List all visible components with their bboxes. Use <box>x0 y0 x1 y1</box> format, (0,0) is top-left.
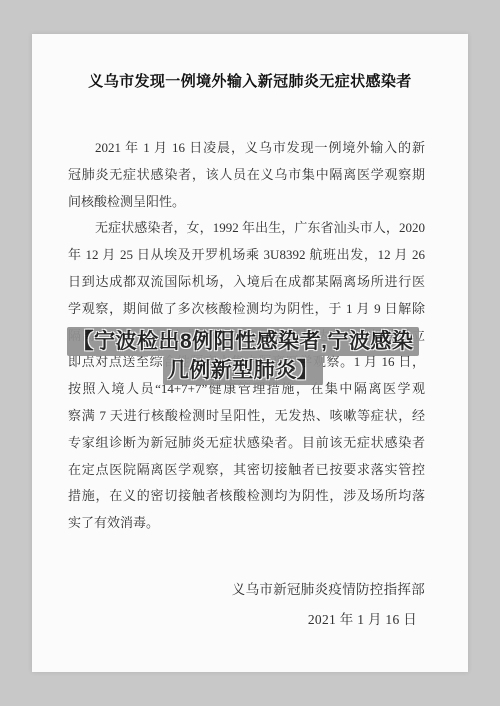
signature: 义乌市新冠肺炎疫情防控指挥部 <box>232 578 425 598</box>
body-line: 隔离。1 月 15 日从成都乘 3U4585 航班抵达义乌，抵达后立 <box>68 323 425 350</box>
body-line: 专家组诊断为新冠肺炎无症状感染者。目前该无症状感染者 <box>68 430 425 457</box>
body-line: 在定点医院隔离医学观察，其密切接触者已按要求落实管控 <box>68 457 425 484</box>
body-line: 察满 7 天进行核酸检测时呈阳性，无发热、咳嗽等症状，经 <box>68 403 425 430</box>
document-scan: 义乌市发现一例境外输入新冠肺炎无症状感染者 2021 年 1 月 16 日凌晨，… <box>0 0 500 706</box>
document-title: 义乌市发现一例境外输入新冠肺炎无症状感染者 <box>32 70 468 91</box>
body-line: 实了有效消毒。 <box>68 510 425 537</box>
signature-date: 2021 年 1 月 16 日 <box>308 608 417 628</box>
body-line: 即点对点送至综合性隔离点集中隔离医学观察。1 月 16 日， <box>68 349 425 376</box>
body-line: 日到达成都双流国际机场，入境后在成都某隔离场所进行医 <box>68 269 425 296</box>
body-line: 年 12 月 25 日从埃及开罗机场乘 3U8392 航班出发，12 月 26 <box>68 242 425 269</box>
document-page: 义乌市发现一例境外输入新冠肺炎无症状感染者 2021 年 1 月 16 日凌晨，… <box>32 34 468 672</box>
body-line: 按照入境人员“14+7+7”健康管理措施，在集中隔离医学观 <box>68 376 425 403</box>
body-line: 学观察，期间做了多次核酸检测均为阴性，于 1 月 9 日解除 <box>68 296 425 323</box>
body-line: 冠肺炎无症状感染者，该人员在义乌市集中隔离医学观察期 <box>68 162 425 189</box>
body-line: 无症状感染者，女，1992 年出生，广东省汕头市人，2020 <box>68 215 425 242</box>
document-body: 2021 年 1 月 16 日凌晨，义乌市发现一例境外输入的新冠肺炎无症状感染者… <box>68 135 425 537</box>
body-line: 措施，在义的密切接触者核酸检测均为阴性，涉及场所均落 <box>68 483 425 510</box>
body-line: 2021 年 1 月 16 日凌晨，义乌市发现一例境外输入的新 <box>68 135 425 162</box>
body-line: 间核酸检测呈阳性。 <box>68 189 425 216</box>
